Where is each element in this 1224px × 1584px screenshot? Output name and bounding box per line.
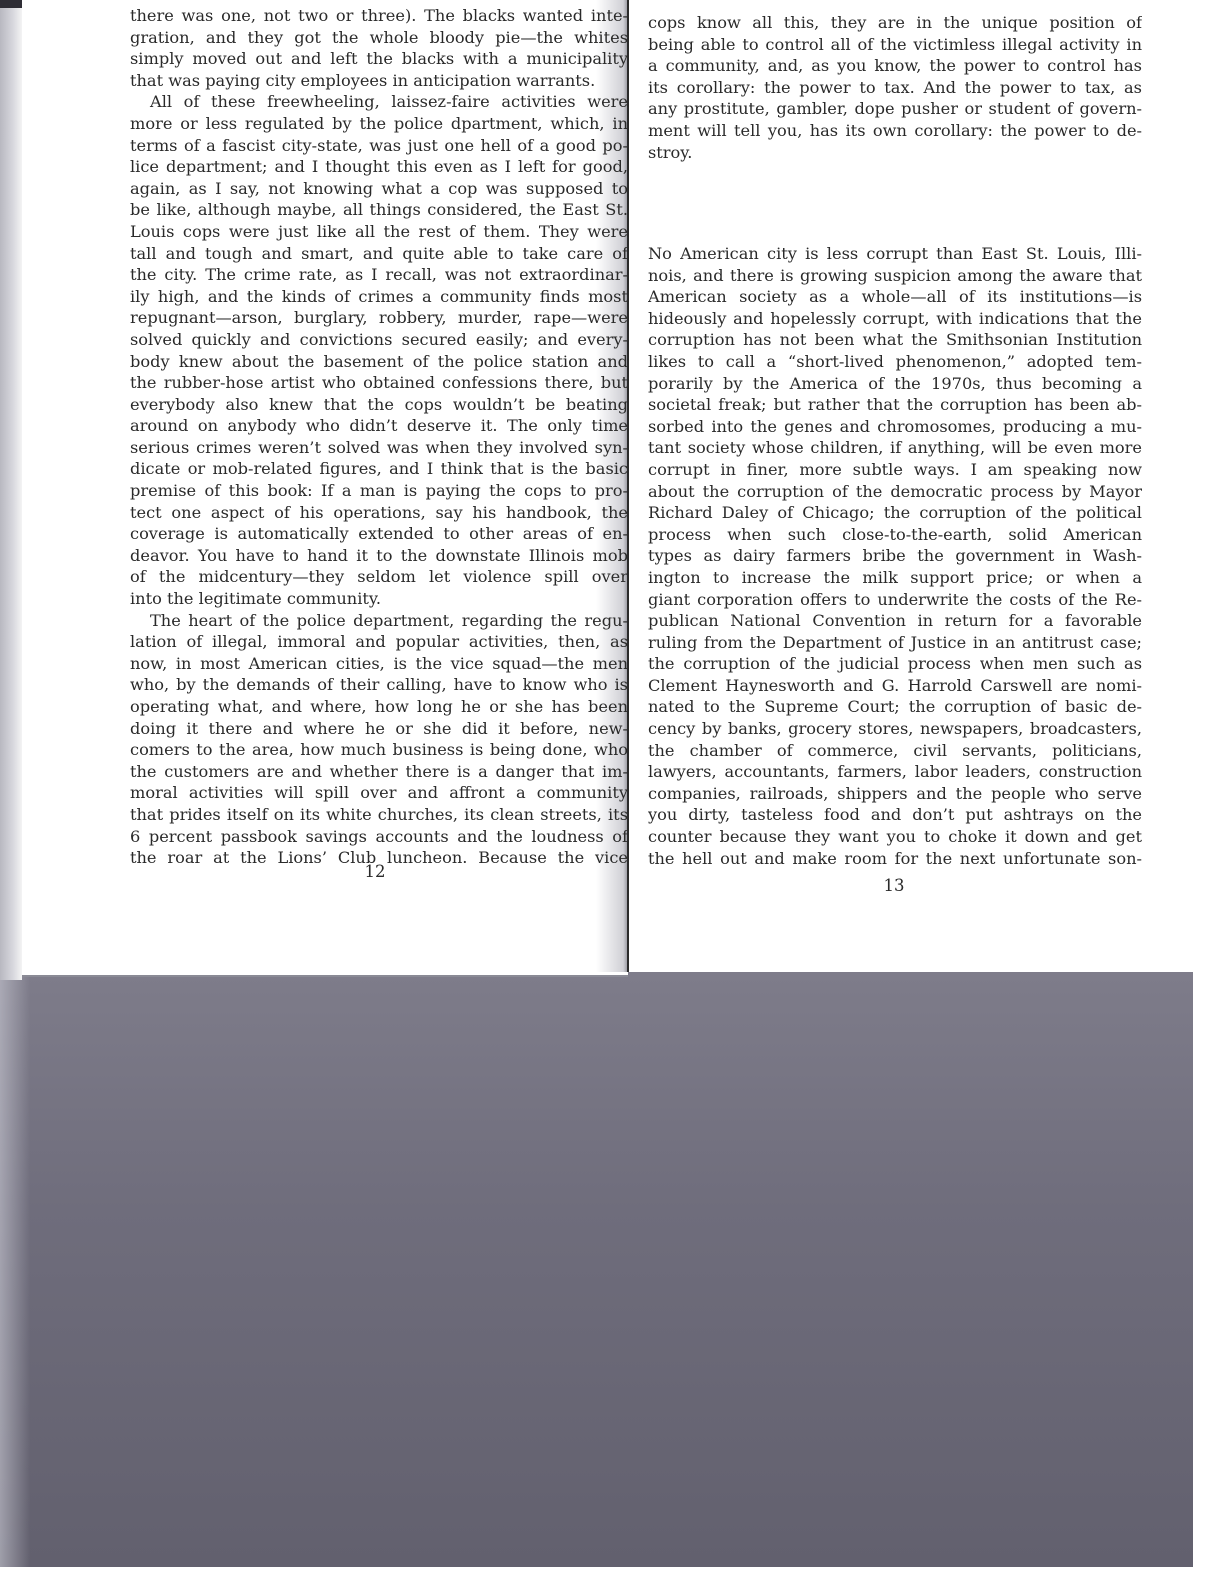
text-line: everybody also knew that the cops wouldn… [130,394,628,416]
left-page-text: there was one, not two or three). The bl… [130,5,628,869]
text-line: repugnant—arson, burglary, robbery, murd… [130,307,628,329]
text-line: into the legitimate community. [130,588,628,610]
text-line: stroy. [648,142,1142,164]
text-line: likes to call a “short-lived phenomenon,… [648,351,1142,373]
text-line: any prostitute, gambler, dope pusher or … [648,98,1142,120]
text-line: comers to the area, how much business is… [130,739,628,761]
text-line: The heart of the police department, rega… [130,610,628,632]
text-line: dicate or mob-related figures, and I thi… [130,458,628,480]
text-line: hideously and hopelessly corrupt, with i… [648,308,1142,330]
text-line: lawyers, accountants, farmers, labor lea… [648,761,1142,783]
scan-left-edge [0,0,22,980]
text-line: ington to increase the milk support pric… [648,567,1142,589]
text-line: lation of illegal, immoral and popular a… [130,631,628,653]
text-line: be like, although maybe, all things cons… [130,199,628,221]
text-line: the rubber-hose artist who obtained conf… [130,372,628,394]
text-line: body knew about the basement of the poli… [130,351,628,373]
text-line: its corollary: the power to tax. And the… [648,77,1142,99]
text-line: nated to the Supreme Court; the corrupti… [648,696,1142,718]
text-line: publican National Convention in return f… [648,610,1142,632]
text-line: Clement Haynesworth and G. Harrold Carsw… [648,675,1142,697]
text-line: Richard Daley of Chicago; the corruption… [648,502,1142,524]
text-line: about the corruption of the democratic p… [648,481,1142,503]
text-line: operating what, and where, how long he o… [130,696,628,718]
text-line: solved quickly and convictions secured e… [130,329,628,351]
text-line: that prides itself on its white churches… [130,804,628,826]
text-line: lice department; and I thought this even… [130,156,628,178]
scanner-background [0,972,1193,1567]
text-line: around on anybody who didn’t deserve it.… [130,415,628,437]
text-line: the customers are and whether there is a… [130,761,628,783]
text-line: companies, railroads, shippers and the p… [648,783,1142,805]
text-line: 6 percent passbook savings accounts and … [130,826,628,848]
text-line: again, as I say, not knowing what a cop … [130,178,628,200]
text-line: you dirty, tasteless food and don’t put … [648,804,1142,826]
text-line: terms of a fascist city-state, was just … [130,135,628,157]
text-line: tall and tough and smart, and quite able… [130,243,628,265]
text-line: doing it there and where he or she did i… [130,718,628,740]
text-line: nois, and there is growing suspicion amo… [648,265,1142,287]
text-line: cency by banks, grocery stores, newspape… [648,718,1142,740]
text-line: giant corporation offers to underwrite t… [648,589,1142,611]
text-line: the chamber of commerce, civil servants,… [648,740,1142,762]
page-number-left: 12 [345,862,405,881]
text-line: a community, and, as you know, the power… [648,55,1142,77]
text-line: process when such close-to-the-earth, so… [648,524,1142,546]
text-line: moral activities will spill over and aff… [130,782,628,804]
text-line: coverage is automatically extended to ot… [130,523,628,545]
text-line: Louis cops were just like all the rest o… [130,221,628,243]
text-line: societal freak; but rather that the corr… [648,394,1142,416]
text-line: ruling from the Department of Justice in… [648,632,1142,654]
text-line: more or less regulated by the police dpa… [130,113,628,135]
right-page-text-top: cops know all this, they are in the uniq… [648,12,1142,163]
text-line: serious crimes weren’t solved was when t… [130,437,628,459]
text-line: corrupt in finer, more subtle ways. I am… [648,459,1142,481]
text-line: being able to control all of the victiml… [648,34,1142,56]
text-line: corruption has not been what the Smithso… [648,329,1142,351]
text-line: gration, and they got the whole bloody p… [130,27,628,49]
text-line: All of these freewheeling, laissez-faire… [130,91,628,113]
text-line: who, by the demands of their calling, ha… [130,674,628,696]
text-line: deavor. You have to hand it to the downs… [130,545,628,567]
text-line: of the midcentury—they seldom let violen… [130,566,628,588]
text-line: porarily by the America of the 1970s, th… [648,373,1142,395]
text-line: counter because they want you to choke i… [648,826,1142,848]
text-line: sorbed into the genes and chromosomes, p… [648,416,1142,438]
page-number-right: 13 [864,876,924,895]
text-line: the corruption of the judicial process w… [648,653,1142,675]
text-line: cops know all this, they are in the uniq… [648,12,1142,34]
text-line: there was one, not two or three). The bl… [130,5,628,27]
text-line: tant society whose children, if anything… [648,437,1142,459]
text-line: premise of this book: If a man is paying… [130,480,628,502]
text-line: that was paying city employees in antici… [130,70,628,92]
text-line: No American city is less corrupt than Ea… [648,243,1142,265]
text-line: the hell out and make room for the next … [648,848,1142,870]
text-line: types as dairy farmers bribe the governm… [648,545,1142,567]
right-page-text-bottom: No American city is less corrupt than Ea… [648,243,1142,869]
text-line: now, in most American cities, is the vic… [130,653,628,675]
text-line: tect one aspect of his operations, say h… [130,502,628,524]
text-line: ment will tell you, has its own corollar… [648,120,1142,142]
text-line: American society as a whole—all of its i… [648,286,1142,308]
text-line: ily high, and the kinds of crimes a comm… [130,286,628,308]
text-line: the city. The crime rate, as I recall, w… [130,264,628,286]
text-line: simply moved out and left the blacks wit… [130,48,628,70]
